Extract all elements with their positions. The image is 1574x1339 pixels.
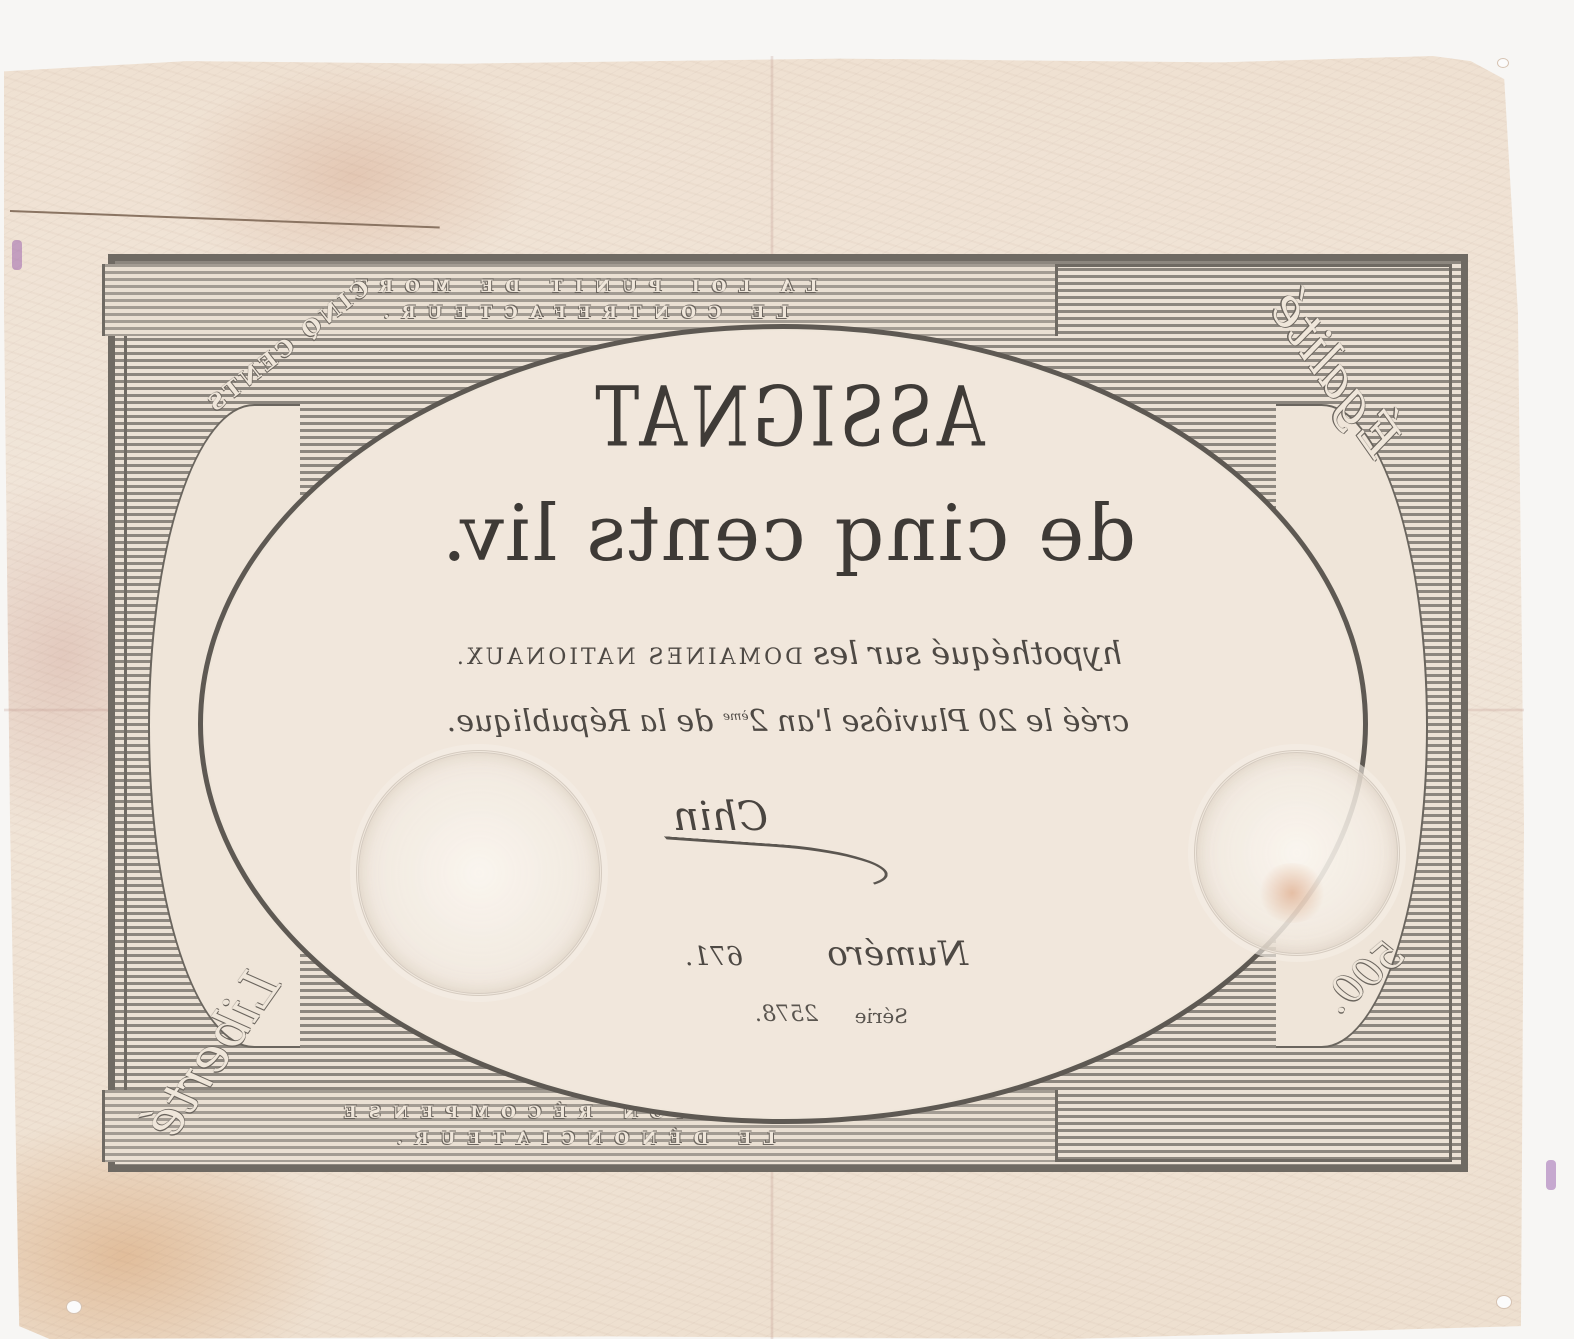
top-band-line-2: LE CONTREFACTEUR.	[372, 303, 789, 323]
mortgage-caps: DOMAINES NATIONAUX.	[454, 645, 803, 670]
top-warning-band: LA LOI PUNIT DE MORT LE CONTREFACTEUR.	[102, 264, 1058, 336]
numero-value: 671.	[685, 942, 743, 972]
creation-after: de la République.	[447, 704, 723, 739]
serie-label: Série	[855, 1004, 908, 1028]
paper-hole	[1497, 58, 1509, 68]
scan-scene: LA LOI PUNIT DE MORT LE CONTREFACTEUR. L…	[0, 0, 1574, 1339]
dry-seal-right	[356, 750, 602, 996]
paper-hole	[66, 1300, 82, 1314]
ink-smudge	[12, 240, 22, 270]
signature: Chin	[673, 794, 768, 840]
serie-value: 2578.	[755, 1002, 818, 1027]
note-title: ASSIGNAT	[108, 369, 1468, 465]
ink-smudge	[1546, 1160, 1556, 1190]
numero-label: Numéro	[827, 934, 968, 974]
creation-before: créé le 20 Pluviôse l'an 2	[748, 704, 1129, 739]
denomination-text: de cinq cents liv.	[108, 489, 1468, 579]
creation-date-line: créé le 20 Pluviôse l'an 2ème de la Répu…	[108, 704, 1468, 739]
mortgage-line: hypothéqué sur les DOMAINES NATIONAUX.	[108, 634, 1468, 672]
creation-sup: ème	[723, 709, 749, 723]
top-band-line-1: LA LOI PUNIT DE MORT	[342, 277, 817, 297]
assignat-print: LA LOI PUNIT DE MORT LE CONTREFACTEUR. L…	[108, 254, 1468, 1172]
bottom-band-line-2: LE DÉNONCIATEUR.	[385, 1129, 776, 1149]
paper-hole	[1496, 1295, 1512, 1309]
dry-seal-left	[1194, 750, 1400, 956]
mortgage-italic: hypothéqué sur les	[813, 634, 1122, 672]
